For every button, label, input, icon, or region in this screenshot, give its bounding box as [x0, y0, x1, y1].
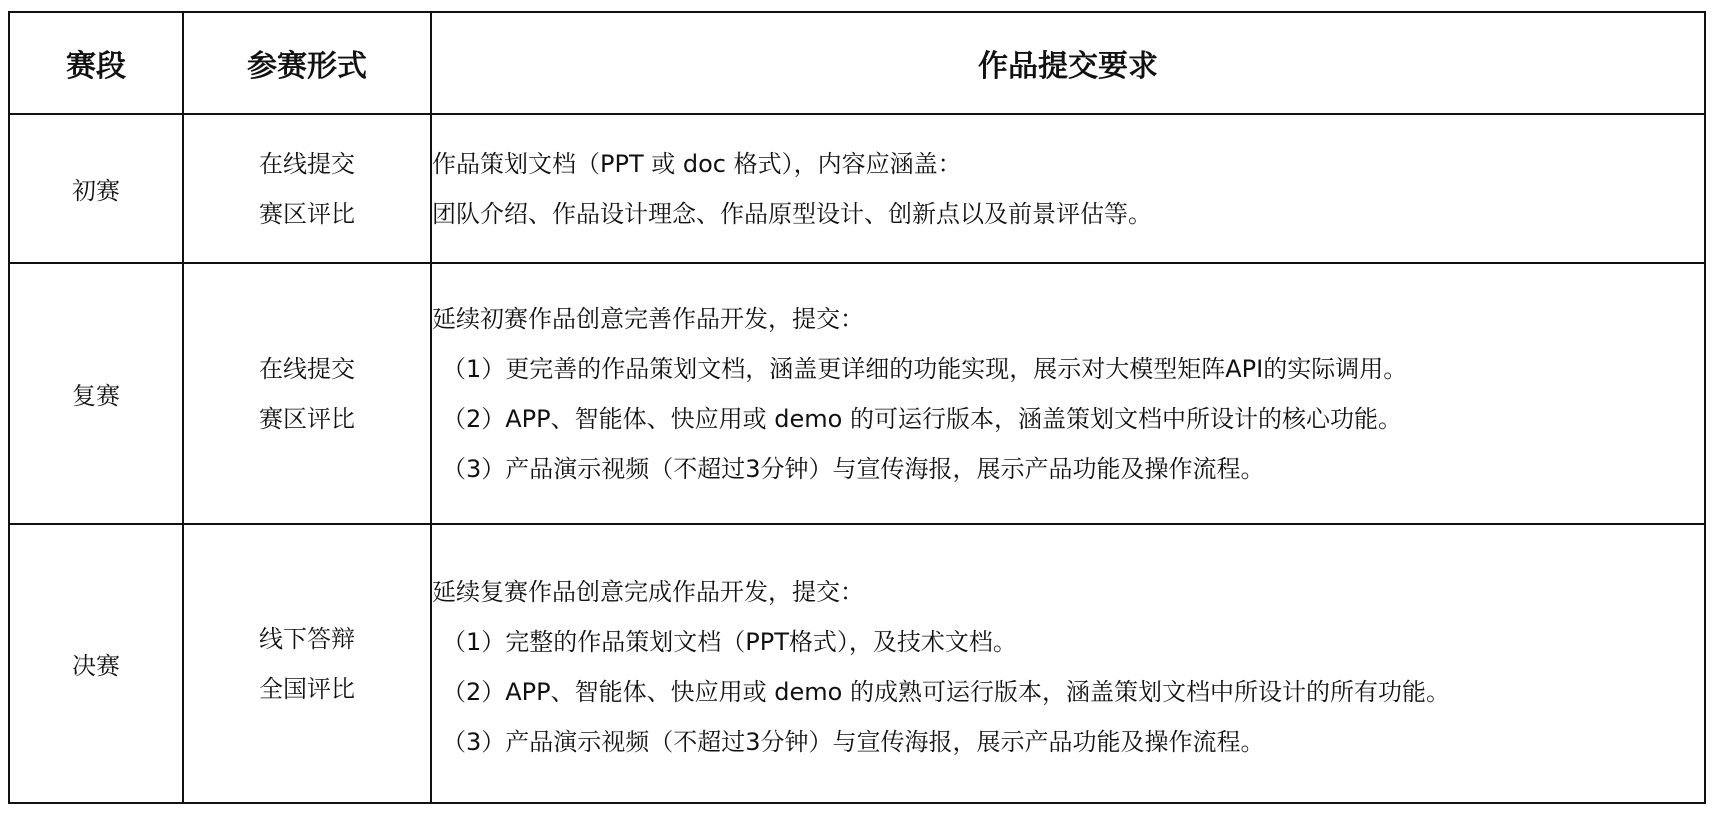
requirements-intro: 延续复赛作品创意完成作品开发，提交：: [432, 567, 1704, 617]
competition-requirements-table: 赛段 参赛形式 作品提交要求 初赛 在线提交 赛区评比 作品策划文档（PPT 或…: [8, 11, 1706, 804]
requirements-item: （3）产品演示视频（不超过3分钟）与宣传海报，展示产品功能及操作流程。: [432, 717, 1704, 767]
format-line: 赛区评比: [184, 189, 430, 239]
requirements-cell: 延续复赛作品创意完成作品开发，提交： （1）完整的作品策划文档（PPT格式），及…: [431, 524, 1705, 803]
requirements-item: （2）APP、智能体、快应用或 demo 的成熟可运行版本，涵盖策划文档中所设计…: [432, 667, 1704, 717]
stage-cell: 初赛: [9, 114, 183, 263]
requirements-item: （3）产品演示视频（不超过3分钟）与宣传海报，展示产品功能及操作流程。: [432, 444, 1704, 494]
header-requirements: 作品提交要求: [431, 12, 1705, 114]
format-line: 线下答辩: [184, 614, 430, 664]
format-line: 在线提交: [184, 344, 430, 394]
table-row-final: 决赛 线下答辩 全国评比 延续复赛作品创意完成作品开发，提交： （1）完整的作品…: [9, 524, 1705, 803]
format-line: 全国评比: [184, 664, 430, 714]
table-row-preliminary: 初赛 在线提交 赛区评比 作品策划文档（PPT 或 doc 格式），内容应涵盖：…: [9, 114, 1705, 263]
requirements-item: （2）APP、智能体、快应用或 demo 的可运行版本，涵盖策划文档中所设计的核…: [432, 394, 1704, 444]
requirements-cell: 延续初赛作品创意完善作品开发，提交： （1）更完善的作品策划文档，涵盖更详细的功…: [431, 263, 1705, 524]
table-row-semifinal: 复赛 在线提交 赛区评比 延续初赛作品创意完善作品开发，提交： （1）更完善的作…: [9, 263, 1705, 524]
format-line: 赛区评比: [184, 394, 430, 444]
format-cell: 在线提交 赛区评比: [183, 114, 431, 263]
requirements-intro: 作品策划文档（PPT 或 doc 格式），内容应涵盖：: [432, 139, 1704, 189]
requirements-intro: 延续初赛作品创意完善作品开发，提交：: [432, 294, 1704, 344]
stage-cell: 决赛: [9, 524, 183, 803]
table-header-row: 赛段 参赛形式 作品提交要求: [9, 12, 1705, 114]
format-line: 在线提交: [184, 139, 430, 189]
requirements-item: （1）更完善的作品策划文档，涵盖更详细的功能实现，展示对大模型矩阵API的实际调…: [432, 344, 1704, 394]
header-stage: 赛段: [9, 12, 183, 114]
requirements-item: （1）完整的作品策划文档（PPT格式），及技术文档。: [432, 617, 1704, 667]
stage-cell: 复赛: [9, 263, 183, 524]
requirements-item: 团队介绍、作品设计理念、作品原型设计、创新点以及前景评估等。: [432, 189, 1704, 239]
format-cell: 线下答辩 全国评比: [183, 524, 431, 803]
header-format: 参赛形式: [183, 12, 431, 114]
requirements-cell: 作品策划文档（PPT 或 doc 格式），内容应涵盖： 团队介绍、作品设计理念、…: [431, 114, 1705, 263]
format-cell: 在线提交 赛区评比: [183, 263, 431, 524]
